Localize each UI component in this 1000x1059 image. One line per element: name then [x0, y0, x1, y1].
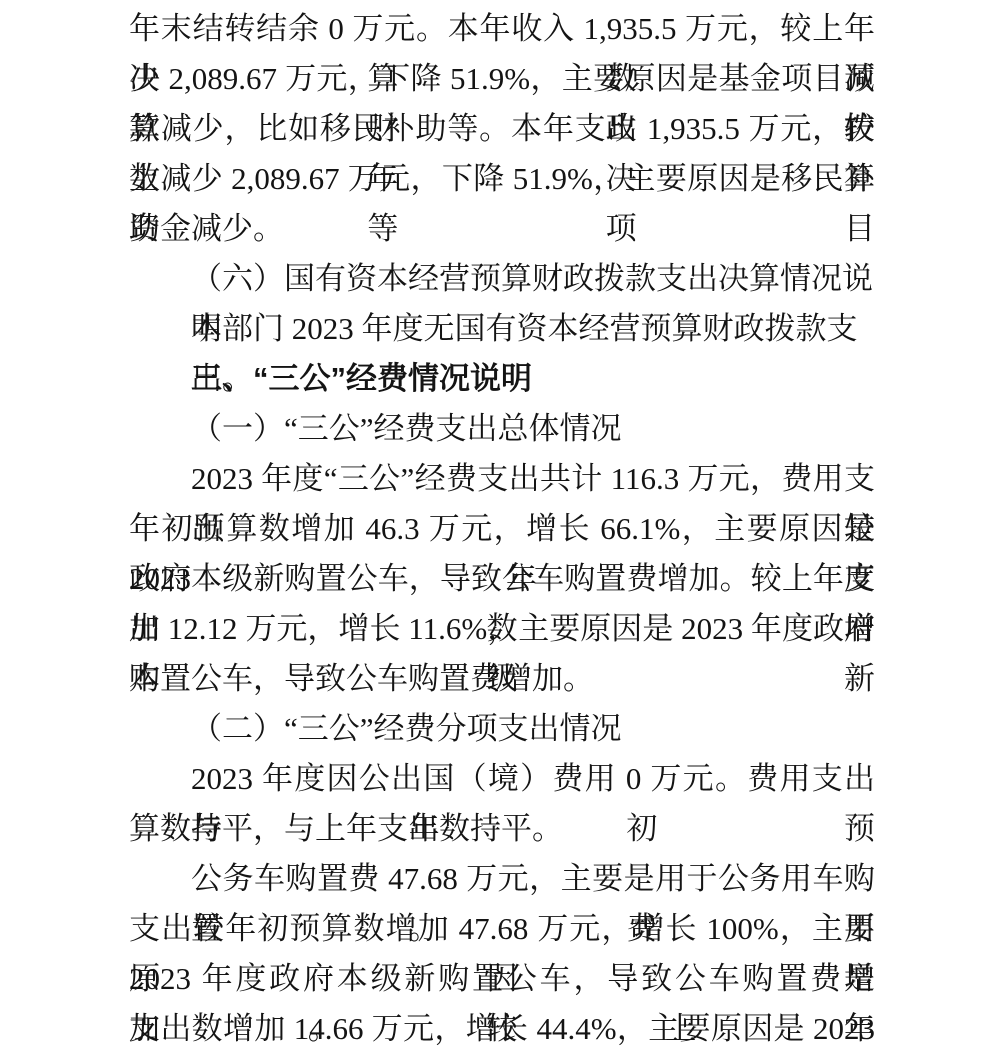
text-line: 款减少，比如移民补助等。本年支出 1,935.5 万元，较上年决算 [129, 104, 875, 154]
text-line: 数减少 2,089.67 万元，下降 51.9%，主要原因是移民补助等项目 [129, 154, 875, 204]
subheading-line: （六）国有资本经营预算财政拨款支出决算情况说明 [129, 254, 875, 304]
text-line: 加 12.12 万元，增长 11.6%，主要原因是 2023 年度政府本级新 [129, 604, 875, 654]
text-line: 政府本级新购置公车，导致公车购置费增加。较上年支出数增 [129, 554, 875, 604]
text-line: 少 2,089.67 万元，下降 51.9%，主要原因是基金项目预算财政拨 [129, 54, 875, 104]
text-line: 公务车购置费 47.68 万元，主要是用于公务用车购置。费用 [129, 854, 875, 904]
document-text-block: 年末结转结余 0 万元。本年收入 1,935.5 万元，较上年决算数减少 2,0… [129, 4, 875, 1054]
document-page: 年末结转结余 0 万元。本年收入 1,935.5 万元，较上年决算数减少 2,0… [0, 0, 1000, 1059]
text-line: 2023 年度因公出国（境）费用 0 万元。费用支出与年初预 [129, 754, 875, 804]
text-line: 支出数增加 14.66 万元，增长 44.4%，主要原因是 2023 年度政 [129, 1004, 875, 1054]
text-line: 年初预算数增加 46.3 万元，增长 66.1%，主要原因是 2023 年度 [129, 504, 875, 554]
text-line: 支出较年初预算数增加 47.68 万元，增长 100%，主要原因是 [129, 904, 875, 954]
text-line: 年末结转结余 0 万元。本年收入 1,935.5 万元，较上年决算数减 [129, 4, 875, 54]
subheading-line: 本部门 2023 年度无国有资本经营预算财政拨款支出。 [129, 304, 875, 354]
section-heading: 三、“三公”经费情况说明 [129, 354, 875, 404]
subheading-line: （一）“三公”经费支出总体情况 [129, 404, 875, 454]
text-line: 2023 年度政府本级新购置公车，导致公车购置费增加。较上年 [129, 954, 875, 1004]
subheading-line: （二）“三公”经费分项支出情况 [129, 704, 875, 754]
text-line: 2023 年度“三公”经费支出共计 116.3 万元，费用支出较 [129, 454, 875, 504]
